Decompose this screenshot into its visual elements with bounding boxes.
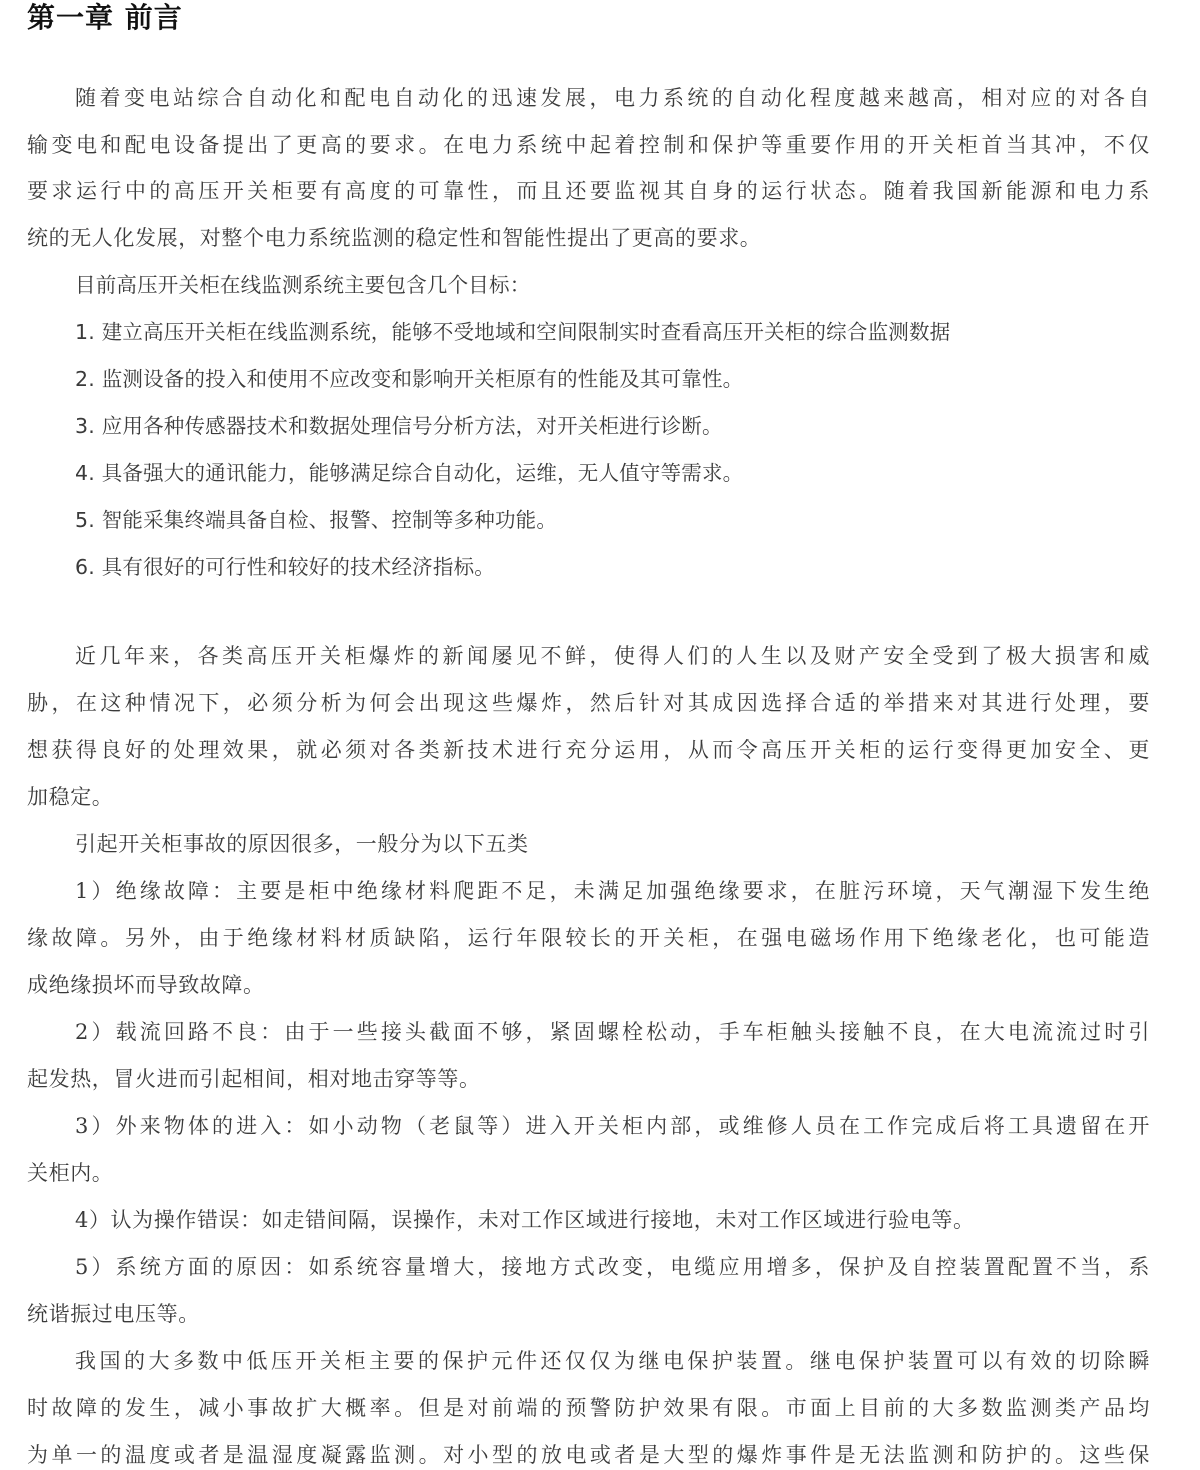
paragraph-line: 要求运行中的高压开关柜要有高度的可靠性，而且还要监视其自身的运行状态。随着我国新… [27,176,1150,206]
goal-number: 6. [75,555,95,579]
goal-number: 3. [75,414,95,438]
goal-text: 具备强大的通讯能力，能够满足综合自动化，运维，无人值守等需求。 [102,461,744,485]
cause-line: 起发热，冒火进而引起相间，相对地击穿等等。 [27,1064,1157,1094]
goal-item: 4. 具备强大的通讯能力，能够满足综合自动化，运维，无人值守等需求。 [75,458,1200,488]
chapter-title: 第一章 前言 [27,0,183,36]
cause-line: 4）认为操作错误：如走错间隔，误操作，未对工作区域进行接地，未对工作区域进行验电… [75,1205,1200,1235]
goal-item: 5. 智能采集终端具备自检、报警、控制等多种功能。 [75,505,1200,535]
paragraph-line: 输变电和配电设备提出了更高的要求。在电力系统中起着控制和保护等重要作用的开关柜首… [27,130,1150,160]
paragraph-line: 我国的大多数中低压开关柜主要的保护元件还仅仅为继电保护装置。继电保护装置可以有效… [75,1346,1150,1376]
goal-text: 建立高压开关柜在线监测系统，能够不受地域和空间限制实时查看高压开关柜的综合监测数… [102,320,951,344]
paragraph-line: 时故障的发生，减小事故扩大概率。但是对前端的预警防护效果有限。市面上目前的大多数… [27,1393,1150,1423]
goal-item: 1. 建立高压开关柜在线监测系统，能够不受地域和空间限制实时查看高压开关柜的综合… [75,317,1200,347]
paragraph-line: 近几年来，各类高压开关柜爆炸的新闻屡见不鲜，使得人们的人生以及财产安全受到了极大… [75,641,1150,671]
goals-intro: 目前高压开关柜在线监测系统主要包含几个目标： [75,270,1200,300]
cause-line: 缘故障。另外，由于绝缘材料材质缺陷，运行年限较长的开关柜，在强电磁场作用下绝缘老… [27,923,1150,953]
goal-text: 监测设备的投入和使用不应改变和影响开关柜原有的性能及其可靠性。 [102,367,744,391]
document-page: 第一章 前言 随着变电站综合自动化和配电自动化的迅速发展，电力系统的自动化程度越… [0,0,1200,1470]
goal-text: 具有很好的可行性和较好的技术经济指标。 [102,555,495,579]
cause-line: 3）外来物体的进入：如小动物（老鼠等）进入开关柜内部，或维修人员在工作完成后将工… [75,1111,1150,1141]
goal-item: 6. 具有很好的可行性和较好的技术经济指标。 [75,552,1200,582]
paragraph-line: 为单一的温度或者是温湿度凝露监测。对小型的放电或者是大型的爆炸事件是无法监测和防… [27,1440,1150,1470]
cause-line: 统谐振过电压等。 [27,1299,1157,1329]
paragraph-line: 想获得良好的处理效果，就必须对各类新技术进行充分运用，从而令高压开关柜的运行变得… [27,735,1150,765]
cause-line: 1）绝缘故障：主要是柜中绝缘材料爬距不足，未满足加强绝缘要求，在脏污环境，天气潮… [75,876,1150,906]
cause-line: 成绝缘损坏而导致故障。 [27,970,1157,1000]
paragraph-line: 统的无人化发展，对整个电力系统监测的稳定性和智能性提出了更高的要求。 [27,223,1157,253]
paragraph-line: 胁，在这种情况下，必须分析为何会出现这些爆炸，然后针对其成因选择合适的举措来对其… [27,688,1150,718]
goal-number: 2. [75,367,95,391]
cause-line: 关柜内。 [27,1158,1157,1188]
causes-intro: 引起开关柜事故的原因很多，一般分为以下五类 [75,829,1200,859]
goal-number: 1. [75,320,95,344]
cause-line: 5）系统方面的原因：如系统容量增大，接地方式改变，电缆应用增多，保护及自控装置配… [75,1252,1150,1282]
cause-line: 2）载流回路不良：由于一些接头截面不够，紧固螺栓松动，手车柜触头接触不良，在大电… [75,1017,1150,1047]
paragraph-line: 加稳定。 [27,782,1157,812]
goal-text: 智能采集终端具备自检、报警、控制等多种功能。 [102,508,557,532]
paragraph-line: 随着变电站综合自动化和配电自动化的迅速发展，电力系统的自动化程度越来越高，相对应… [75,83,1150,113]
goal-number: 4. [75,461,95,485]
goal-text: 应用各种传感器技术和数据处理信号分析方法，对开关柜进行诊断。 [102,414,723,438]
goal-item: 3. 应用各种传感器技术和数据处理信号分析方法，对开关柜进行诊断。 [75,411,1200,441]
goal-number: 5. [75,508,95,532]
goal-item: 2. 监测设备的投入和使用不应改变和影响开关柜原有的性能及其可靠性。 [75,364,1200,394]
